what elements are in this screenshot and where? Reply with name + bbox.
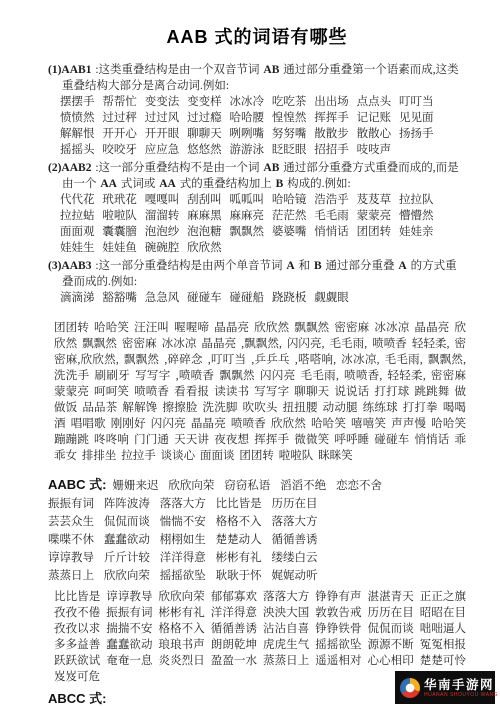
aab2-bold-aa1: AA <box>100 178 117 190</box>
aab1-desc-1: :这类重叠结构是由一个双音节词 <box>91 64 263 76</box>
aab-word-paragraph: 团团转 哈哈笑 汪汪叫 喔喔啼 晶晶亮 欣欣然 飘飘然 密密麻 冰冰凉 晶晶亮 … <box>54 320 466 464</box>
watermark: 华南手游网 HUANAN SHOUYOU WANG <box>395 671 495 704</box>
aab3-desc-3: 通过部分重叠 <box>322 260 399 272</box>
brand-subtext: HUANAN SHOUYOU WANG <box>424 692 498 698</box>
aab3-bold-a2: A <box>398 260 406 272</box>
brand-name: 华南手游网 <box>424 678 498 692</box>
word-line: 解解恨 开开心 开开眼 聊聊天 咧咧嘴 努努嘴 散散步 散散心 扬扬手 <box>48 126 466 142</box>
aab3-intro: (3)AAB3 :这一部分重叠结构是由两个单音节词 A 和 B 通过部分重叠 A… <box>48 258 466 290</box>
brand-swirl-icon <box>400 678 420 698</box>
aab3-bold-a1: A <box>286 260 294 272</box>
page-title: AAB 式的词语有哪些 <box>48 26 466 48</box>
aabc-heading-line: AABC 式:姗姗来迟 欣欣向荣 窃窃私语 滔滔不绝 恋恋不舍 <box>48 476 466 495</box>
word-line: 面面观 囊囊膪 泡泡纱 泡泡糖 飘飘然 婆婆嘴 悄悄话 团团转 娃娃亲 <box>48 224 466 240</box>
aabc-section: AABC 式:姗姗来迟 欣欣向荣 窃窃私语 滔滔不绝 恋恋不舍 振振有词 阵阵波… <box>48 476 466 585</box>
word-line: 拉拉蛄 啦啦队 溜溜转 麻麻黑 麻麻亮 茫茫然 毛毛雨 蒙蒙亮 懵懵然 <box>48 208 466 224</box>
aabc-heading: AABC 式: <box>48 477 107 492</box>
aab2-intro: (2)AAB2 :这一部分重叠结构不是由一个词 AB 通过部分重叠方式重叠而成的… <box>48 160 466 192</box>
aab2-bold-ab: AB <box>263 162 279 174</box>
aabc-word-line: 蒸蒸日上 欣欣向荣 摇摇欲坠 耿耿于怀 娓娓动听 <box>48 567 466 585</box>
aab3-word-list: 滴滴涕 豁豁嘴 急急风 碰碰车 碰碰船 跷跷板 觑觑眼 <box>48 290 466 306</box>
aab3-term: (3)AAB3 <box>48 260 91 272</box>
aabc-word-line: 喋喋不休 蠢蠢欲动 栩栩如生 楚楚动人 循循善诱 <box>48 531 466 549</box>
aab2-bold-aa2: AA <box>159 178 176 190</box>
aabc-word-line: 姗姗来迟 欣欣向荣 窃窃私语 滔滔不绝 恋恋不舍 <box>113 480 383 492</box>
aab3-desc-1: :这一部分重叠结构是由两个单音节词 <box>91 260 286 272</box>
aab1-intro: (1)AAB1 :这类重叠结构是由一个双音节词 AB 通过部分重叠第一个语素而成… <box>48 62 466 94</box>
aab2-desc-1: :这一部分重叠结构不是由一个词 <box>91 162 263 174</box>
aab3-bold-b: B <box>314 260 322 272</box>
aab1-term: (1)AAB1 <box>48 64 91 76</box>
word-line: 摇摇头 咬咬牙 应应急 悠悠然 游游泳 眨眨眼 招招手 吱吱声 <box>48 142 466 158</box>
aab2-term: (2)AAB2 <box>48 162 91 174</box>
aab1-word-list: 摆摆手 帮帮忙 变变法 变变样 冰冰冷 吃吃茶 出出场 点点头 叮叮当 愤愤然 … <box>48 94 466 158</box>
word-line: 愤愤然 过过秤 过过风 过过瘾 哈哈腰 惶惶然 挥挥手 记记账 见见面 <box>48 110 466 126</box>
aab2-desc-4: 式的重叠结构加上 <box>176 178 276 190</box>
word-line: 摆摆手 帮帮忙 变变法 变变样 冰冰冷 吃吃茶 出出场 点点头 叮叮当 <box>48 94 466 110</box>
word-line: 娃娃生 娃娃鱼 碗碗腔 欣欣然 <box>48 240 466 256</box>
aabc-word-line: 谆谆教导 斤斤计较 洋洋得意 彬彬有礼 缕缕白云 <box>48 549 466 567</box>
word-line: 代代花 玳玳花 嘎嘎叫 刮刮叫 呱呱叫 哈哈镜 浩浩乎 芨芨草 拉拉队 <box>48 192 466 208</box>
watermark-text: 华南手游网 HUANAN SHOUYOU WANG <box>424 678 498 698</box>
aab2-desc-3: 式词或 <box>117 178 159 190</box>
word-line: 滴滴涕 豁豁嘴 急急风 碰碰车 碰碰船 跷跷板 觑觑眼 <box>48 290 466 306</box>
aab1-bold-ab: AB <box>263 64 279 76</box>
aab2-word-list: 代代花 玳玳花 嘎嘎叫 刮刮叫 呱呱叫 哈哈镜 浩浩乎 芨芨草 拉拉队 拉拉蛄 … <box>48 192 466 256</box>
document-page: AAB 式的词语有哪些 (1)AAB1 :这类重叠结构是由一个双音节词 AB 通… <box>0 0 500 706</box>
aab3-desc-2: 和 <box>295 260 314 272</box>
abcc-heading: ABCC 式: <box>48 691 107 706</box>
aabc-word-line: 芸芸众生 侃侃而谈 惴惴不安 格格不入 落落大方 <box>48 513 466 531</box>
aab2-desc-5: 构成的.例如: <box>283 178 350 190</box>
aabc-word-line: 振振有词 阵阵波涛 落落大方 比比皆是 历历在目 <box>48 495 466 513</box>
